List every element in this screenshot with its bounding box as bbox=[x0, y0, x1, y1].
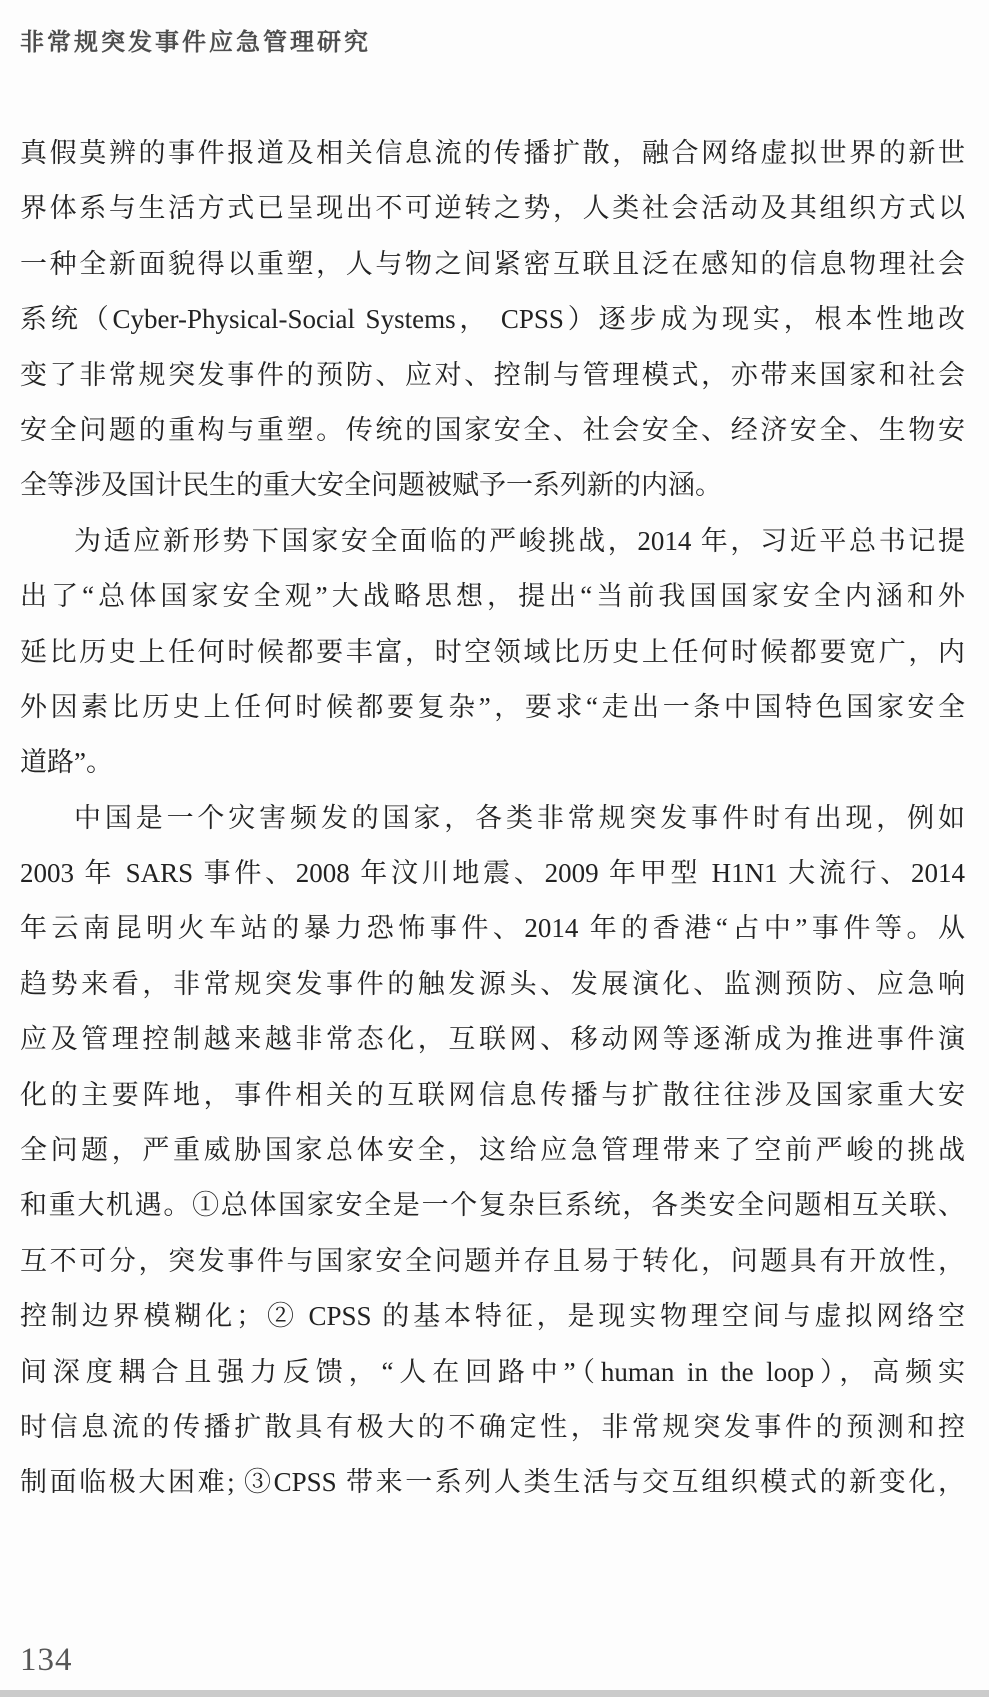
page-number: 134 bbox=[20, 1642, 73, 1679]
book-page: 非常规突发事件应急管理研究 真假莫辨的事件报道及相关信息流的传播扩散，融合网络虚… bbox=[0, 0, 989, 1697]
page-body: 真假莫辨的事件报道及相关信息流的传播扩散，融合网络虚拟世界的新世 界体系与生活方… bbox=[20, 126, 965, 1511]
text-line: 应及管理控制越来越非常态化，互联网、移动网等逐渐成为推进事件演 bbox=[20, 1012, 965, 1067]
text-line: 2003 年 SARS 事件、2008 年汶川地震、2009 年甲型 H1N1 … bbox=[20, 846, 965, 901]
text-line: 为适应新形势下国家安全面临的严峻挑战，2014 年，习近平总书记提 bbox=[20, 514, 965, 569]
text-line: 年云南昆明火车站的暴力恐怖事件、2014 年的香港“占中”事件等。从 bbox=[20, 901, 965, 956]
text-line: 真假莫辨的事件报道及相关信息流的传播扩散，融合网络虚拟世界的新世 bbox=[20, 126, 965, 181]
text-line: 延比历史上任何时候都要丰富，时空领域比历史上任何时候都要宽广，内 bbox=[20, 625, 965, 680]
text-line: 时信息流的传播扩散具有极大的不确定性，非常规突发事件的预测和控 bbox=[20, 1400, 965, 1455]
text-line: 控制边界模糊化；② CPSS 的基本特征，是现实物理空间与虚拟网络空 bbox=[20, 1289, 965, 1344]
bottom-edge-strip bbox=[0, 1690, 989, 1697]
text-line: 全问题，严重威胁国家总体安全，这给应急管理带来了空前严峻的挑战 bbox=[20, 1123, 965, 1178]
paragraph: 真假莫辨的事件报道及相关信息流的传播扩散，融合网络虚拟世界的新世 界体系与生活方… bbox=[20, 126, 965, 514]
running-header: 非常规突发事件应急管理研究 bbox=[20, 22, 371, 57]
text-line: 中国是一个灾害频发的国家，各类非常规突发事件时有出现，例如 bbox=[20, 791, 965, 846]
paragraph: 为适应新形势下国家安全面临的严峻挑战，2014 年，习近平总书记提 出了“总体国… bbox=[20, 514, 965, 791]
text-line: 和重大机遇。①总体国家安全是一个复杂巨系统，各类安全问题相互关联、 bbox=[20, 1178, 965, 1233]
text-line: 化的主要阵地，事件相关的互联网信息传播与扩散往往涉及国家重大安 bbox=[20, 1068, 965, 1123]
text-line: 外因素比历史上任何时候都要复杂”，要求“走出一条中国特色国家安全 bbox=[20, 680, 965, 735]
text-line: 道路”。 bbox=[20, 735, 965, 790]
text-line: 一种全新面貌得以重塑，人与物之间紧密互联且泛在感知的信息物理社会 bbox=[20, 237, 965, 292]
text-line: 安全问题的重构与重塑。传统的国家安全、社会安全、经济安全、生物安 bbox=[20, 403, 965, 458]
paragraph: 中国是一个灾害频发的国家，各类非常规突发事件时有出现，例如 2003 年 SAR… bbox=[20, 791, 965, 1511]
text-line: 间深度耦合且强力反馈，“人在回路中”（human in the loop），高频… bbox=[20, 1345, 965, 1400]
text-line: 出了“总体国家安全观”大战略思想，提出“当前我国国家安全内涵和外 bbox=[20, 569, 965, 624]
text-line: 趋势来看，非常规突发事件的触发源头、发展演化、监测预防、应急响 bbox=[20, 957, 965, 1012]
text-line: 界体系与生活方式已呈现出不可逆转之势，人类社会活动及其组织方式以 bbox=[20, 181, 965, 236]
text-line: 制面临极大困难; ③CPSS 带来一系列人类生活与交互组织模式的新变化， bbox=[20, 1455, 965, 1510]
text-line: 变了非常规突发事件的预防、应对、控制与管理模式，亦带来国家和社会 bbox=[20, 348, 965, 403]
text-line: 互不可分，突发事件与国家安全问题并存且易于转化，问题具有开放性， bbox=[20, 1234, 965, 1289]
text-line: 全等涉及国计民生的重大安全问题被赋予一系列新的内涵。 bbox=[20, 458, 965, 513]
text-line: 系统（Cyber-Physical-Social Systems， CPSS）逐… bbox=[20, 292, 965, 347]
